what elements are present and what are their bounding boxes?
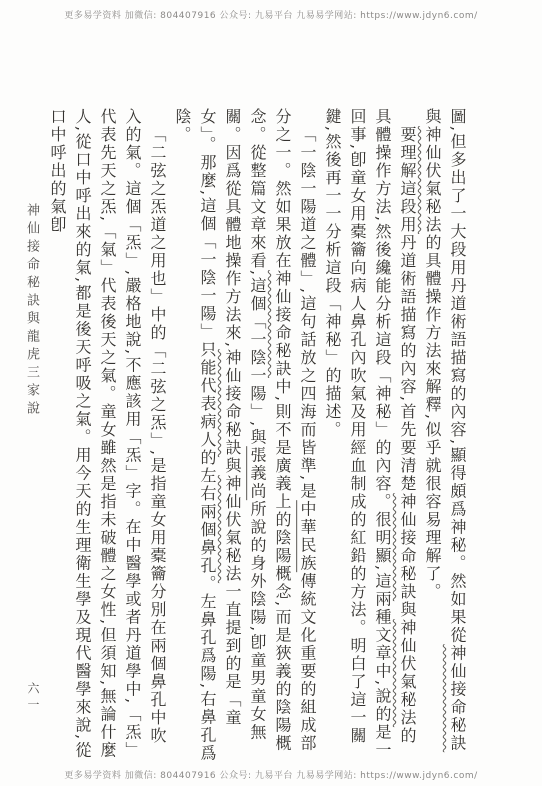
page-number: 六一	[25, 682, 42, 714]
book-title-mark: 神仙伏氣秘法	[398, 619, 417, 727]
book-title-mark: 神仙接命秘訣	[223, 349, 242, 457]
text-run: 與	[398, 601, 417, 619]
paragraph: 「二弦之炁道之用也」中的「二弦之炁」,是指童女用橐籥分別在兩個鼻孔中吹入的氣。這…	[45, 108, 170, 763]
page-body: 圖,但多出了一大段用丹道術語描寫的內容,顯得頗爲神秘。然如果從神仙接命秘訣與神仙…	[45, 108, 470, 763]
book-title-mark: 神仙伏氣秘法	[223, 475, 242, 583]
book-title-mark: 神仙接命秘訣	[273, 270, 292, 378]
proper-name-mark: 中華民族	[298, 500, 317, 572]
paragraph: 「一陰一陽道之體」,這句話放之四海而皆準,是中華民族傳統文化重要的組成部分之一。…	[170, 108, 320, 763]
text-run: 的具體操作方法來解釋,似乎就很容易理解了。	[423, 234, 442, 601]
book-title-mark: 神仙接命秘訣	[398, 493, 417, 601]
proper-name-mark: 張義尚	[248, 446, 267, 500]
text-run: 「一陰一陽道之體」,這句話放之四海而皆準,是	[298, 126, 317, 500]
book-title-mark: 神仙伏氣秘法	[423, 126, 442, 234]
paragraph: 要理解這段用丹道術語描寫的內容,首先要清楚神仙接命秘訣與神仙伏氣秘法的具體操作方…	[320, 108, 420, 763]
text-run: 「二弦之炁道之用也」中的「二弦之炁」,是指童女用橐籥分別在兩個鼻孔中吹入的氣。這…	[48, 108, 167, 759]
watermark-header: 更多易学资料 加微信: 804407916 公众号: 九易平台 九易易学网站: …	[0, 8, 542, 21]
text-run: 要理解這段用丹道術語描寫的內容,首先要清楚	[398, 126, 417, 493]
text-run: 與	[223, 457, 242, 475]
watermark-footer: 更多易学资料 加微信: 804407916 公众号: 九易平台 九易易学网站: …	[0, 768, 542, 781]
text-run: 圖,但多出了一大段用丹道術語描寫的內容,顯得頗爲神秘。然如果從	[448, 108, 467, 644]
text-run: 與	[423, 108, 442, 126]
book-title-mark: 神仙接命秘訣	[448, 644, 467, 752]
margin-book-title: 神仙接命秘訣與龍虎三家說	[22, 203, 41, 419]
paragraph: 圖,但多出了一大段用丹道術語描寫的內容,顯得頗爲神秘。然如果從神仙接命秘訣與神仙…	[420, 108, 470, 763]
